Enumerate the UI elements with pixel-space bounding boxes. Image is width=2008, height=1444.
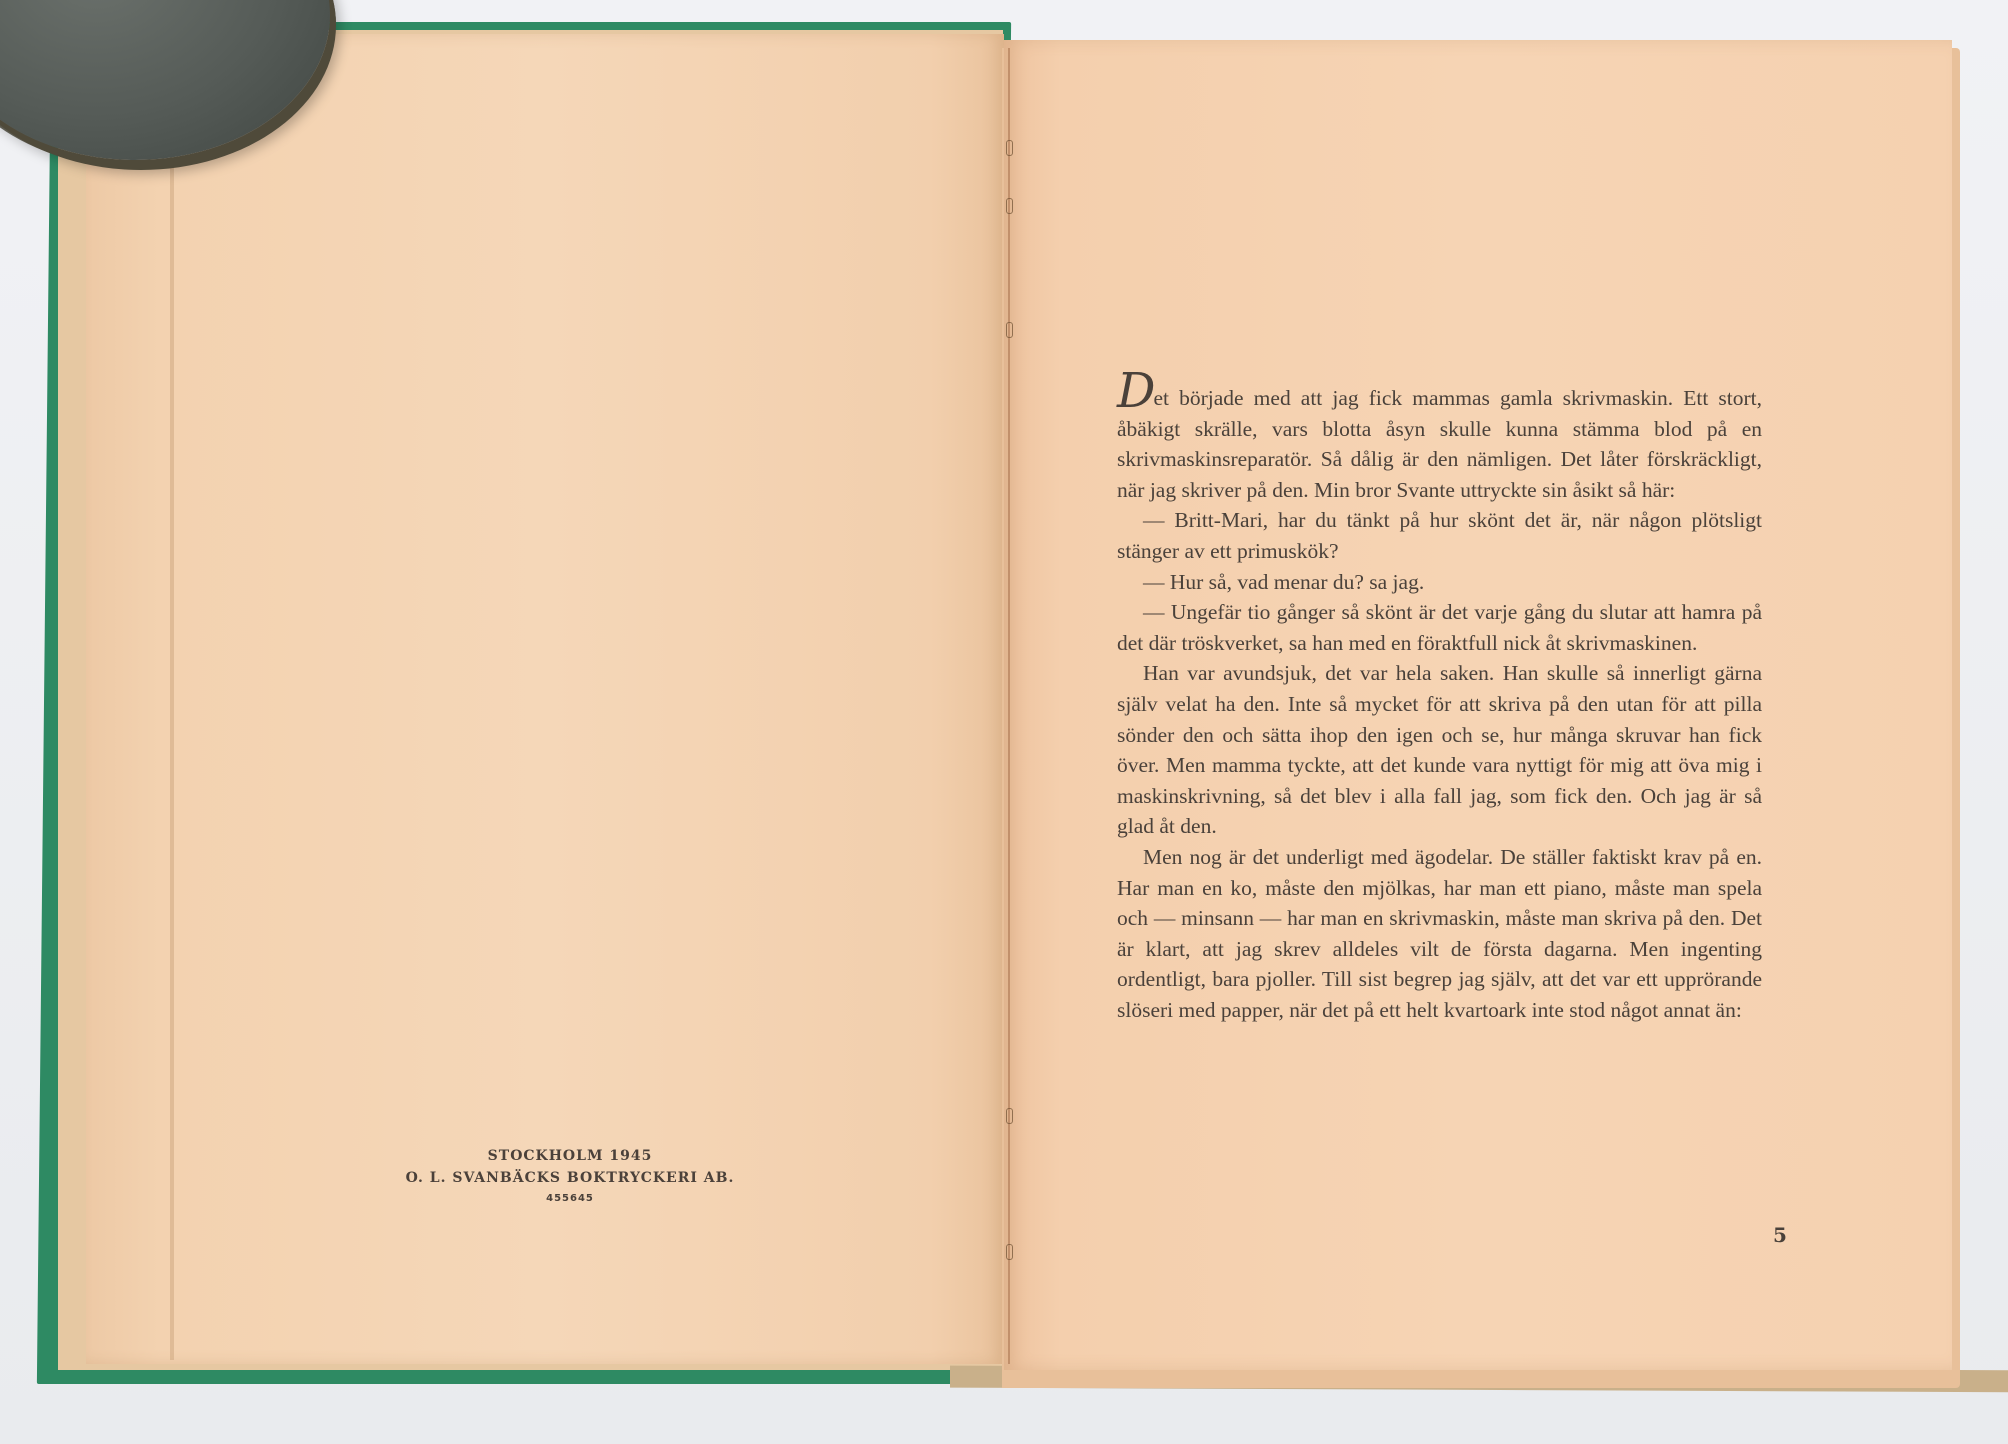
binding-stitch: [1006, 198, 1013, 214]
binding-stitch: [1006, 1244, 1013, 1260]
photo-scene: STOCKHOLM 1945 O. L. SVANBÄCKS BOKTRYCKE…: [0, 0, 2008, 1444]
page-number: 5: [1773, 1223, 1787, 1247]
paragraph: Men nog är det underligt med ägodelar. D…: [1117, 842, 1762, 1026]
binding-stitch: [1006, 322, 1013, 338]
imprint-printer: O. L. SVANBÄCKS BOKTRYCKERI AB.: [360, 1167, 780, 1189]
chapter-text: Det började med att jag fick mammas gaml…: [1117, 376, 1762, 1025]
imprint-code: 455645: [360, 1189, 780, 1209]
printer-imprint: STOCKHOLM 1945 O. L. SVANBÄCKS BOKTRYCKE…: [360, 1145, 780, 1209]
paragraph: Det började med att jag fick mammas gaml…: [1117, 376, 1762, 505]
imprint-city-year: STOCKHOLM 1945: [360, 1145, 780, 1167]
dialog-line: — Britt-Mari, har du tänkt på hur skönt …: [1117, 505, 1762, 566]
dialog-line: — Ungefär tio gånger så skönt är det var…: [1117, 597, 1762, 658]
dialog-line: — Hur så, vad menar du? sa jag.: [1117, 567, 1762, 598]
binding-stitch: [1006, 1108, 1013, 1124]
binding-stitch: [1006, 140, 1013, 156]
paragraph: Han var avundsjuk, det var hela saken. H…: [1117, 658, 1762, 842]
drop-cap: D: [1117, 363, 1155, 419]
left-hinge-crease: [170, 40, 174, 1360]
gutter-crease: [1008, 48, 1010, 1364]
